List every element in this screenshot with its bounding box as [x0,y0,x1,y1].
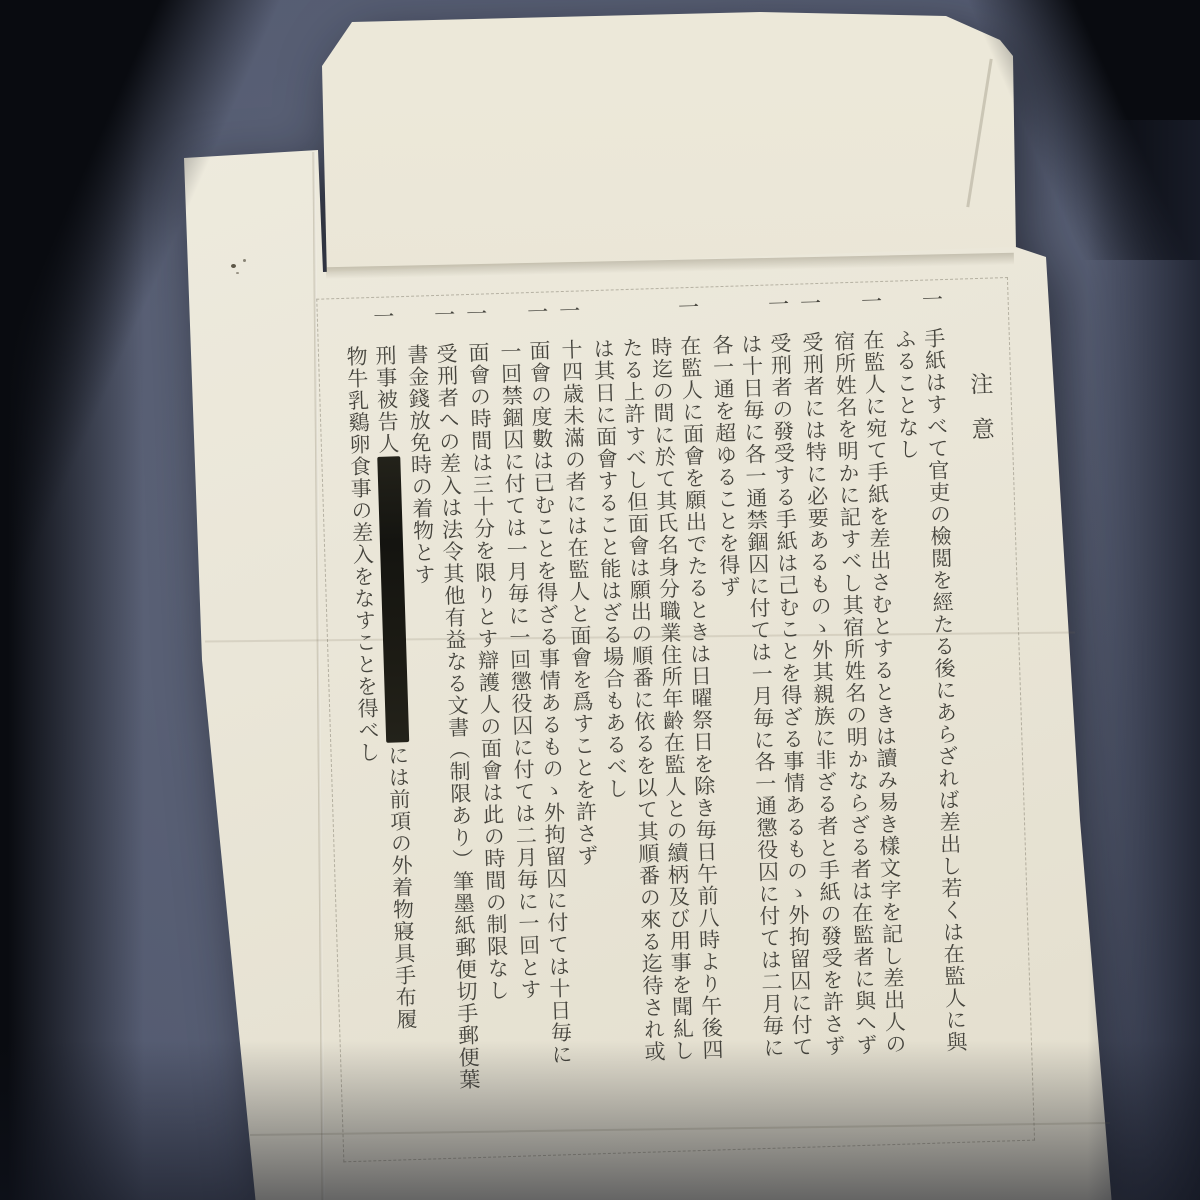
item-marker: 一 [522,299,551,324]
item-marker: 一 [917,287,946,312]
notice-item: 一在監人に面會を願出でたるときは日曜祭日を除き毎日午前八時より午後四時迄の間に於… [586,289,727,1092]
notice-text-block: 注意 一手紙はすべて官吏の檢閲を經たる後にあらざれば差出し若くは在監人に與ふるこ… [330,279,1023,1100]
item-marker: 一 [856,289,885,314]
item-marker: 一 [429,302,458,327]
item-marker: 一 [763,292,792,317]
paper-stain-speck [236,272,239,274]
item-marker: 一 [795,291,824,316]
item-marker: 一 [673,295,702,320]
item-marker: 一 [554,298,583,323]
item-marker: 一 [461,301,490,326]
photo-backdrop: 注意 一手紙はすべて官吏の檢閲を經たる後にあらざれば差出し若くは在監人に與ふるこ… [0,0,1200,1200]
redacted-censor-strip [377,456,409,743]
paper-stain-speck [231,264,236,268]
envelope-paper: 注意 一手紙はすべて官吏の檢閲を經たる後にあらざれば差出し若くは在監人に與ふるこ… [0,0,1200,1200]
item-marker: 一 [368,304,397,329]
paper-stain-speck [243,259,246,262]
notice-items: 一手紙はすべて官吏の檢閲を經たる後にあらざれば差出し若くは在監人に與ふることなし… [339,281,971,1100]
